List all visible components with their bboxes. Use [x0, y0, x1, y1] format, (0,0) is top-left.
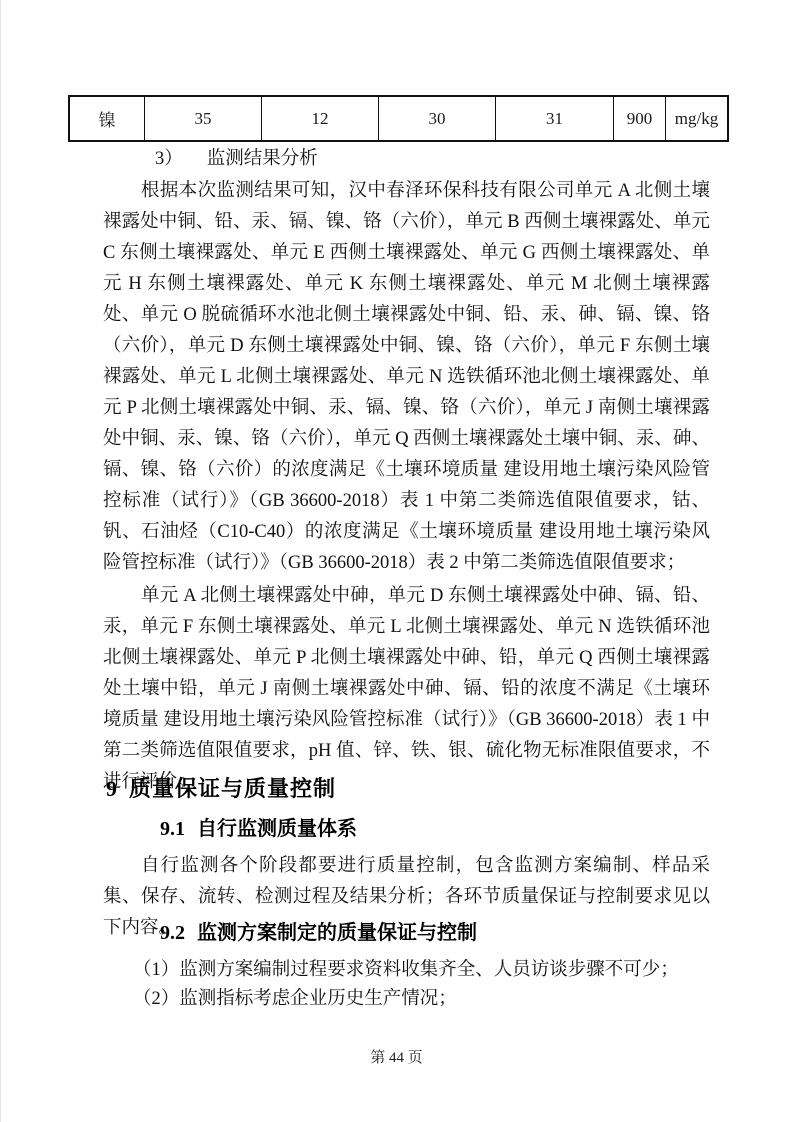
soil-monitoring-table: 镍 35 12 30 31 900 mg/kg — [68, 95, 729, 142]
list-item-2: （2）监测指标考虑企业历史生产情况； — [103, 984, 710, 1015]
paragraph-exceedance: 单元 A 北侧土壤裸露处中砷，单元 D 东侧土壤裸露处中砷、镉、铅、汞，单元 F… — [103, 581, 710, 798]
analysis-heading: 3）监测结果分析 — [103, 144, 710, 175]
analysis-heading-number: 3） — [155, 149, 183, 169]
section-9-1-title: 自行监测质量体系 — [197, 818, 357, 840]
analysis-heading-title: 监测结果分析 — [207, 149, 318, 169]
page-footer: 第 44 页 — [0, 1046, 793, 1067]
list-item-1: （1）监测方案编制过程要求资料收集齐全、人员访谈步骤不可少； — [103, 955, 710, 986]
section-9-2-number: 9.2 — [160, 922, 185, 944]
table-cell-limit: 900 — [614, 97, 666, 140]
page-left-edge — [0, 0, 1, 1122]
table-cell-value-3: 30 — [379, 97, 496, 140]
table-cell-value-4: 31 — [496, 97, 614, 140]
table-cell-value-2: 12 — [262, 97, 379, 140]
section-9-1-number: 9.1 — [160, 818, 185, 840]
table-cell-value-1: 35 — [145, 97, 262, 140]
table-cell-pollutant: 镍 — [70, 97, 145, 140]
table-cell-unit: mg/kg — [666, 97, 727, 140]
section-9-2-title: 监测方案制定的质量保证与控制 — [197, 922, 477, 944]
section-9-title: 质量保证与质量控制 — [129, 776, 336, 801]
section-9-heading: 9质量保证与质量控制 — [106, 772, 336, 806]
paragraph-monitoring-result: 根据本次监测结果可知，汉中春泽环保科技有限公司单元 A 北侧土壤裸露处中铜、铅、… — [103, 176, 710, 579]
section-9-1-heading: 9.1自行监测质量体系 — [160, 814, 357, 844]
section-9-2-heading: 9.2监测方案制定的质量保证与控制 — [160, 918, 477, 948]
section-9-number: 9 — [106, 776, 117, 801]
